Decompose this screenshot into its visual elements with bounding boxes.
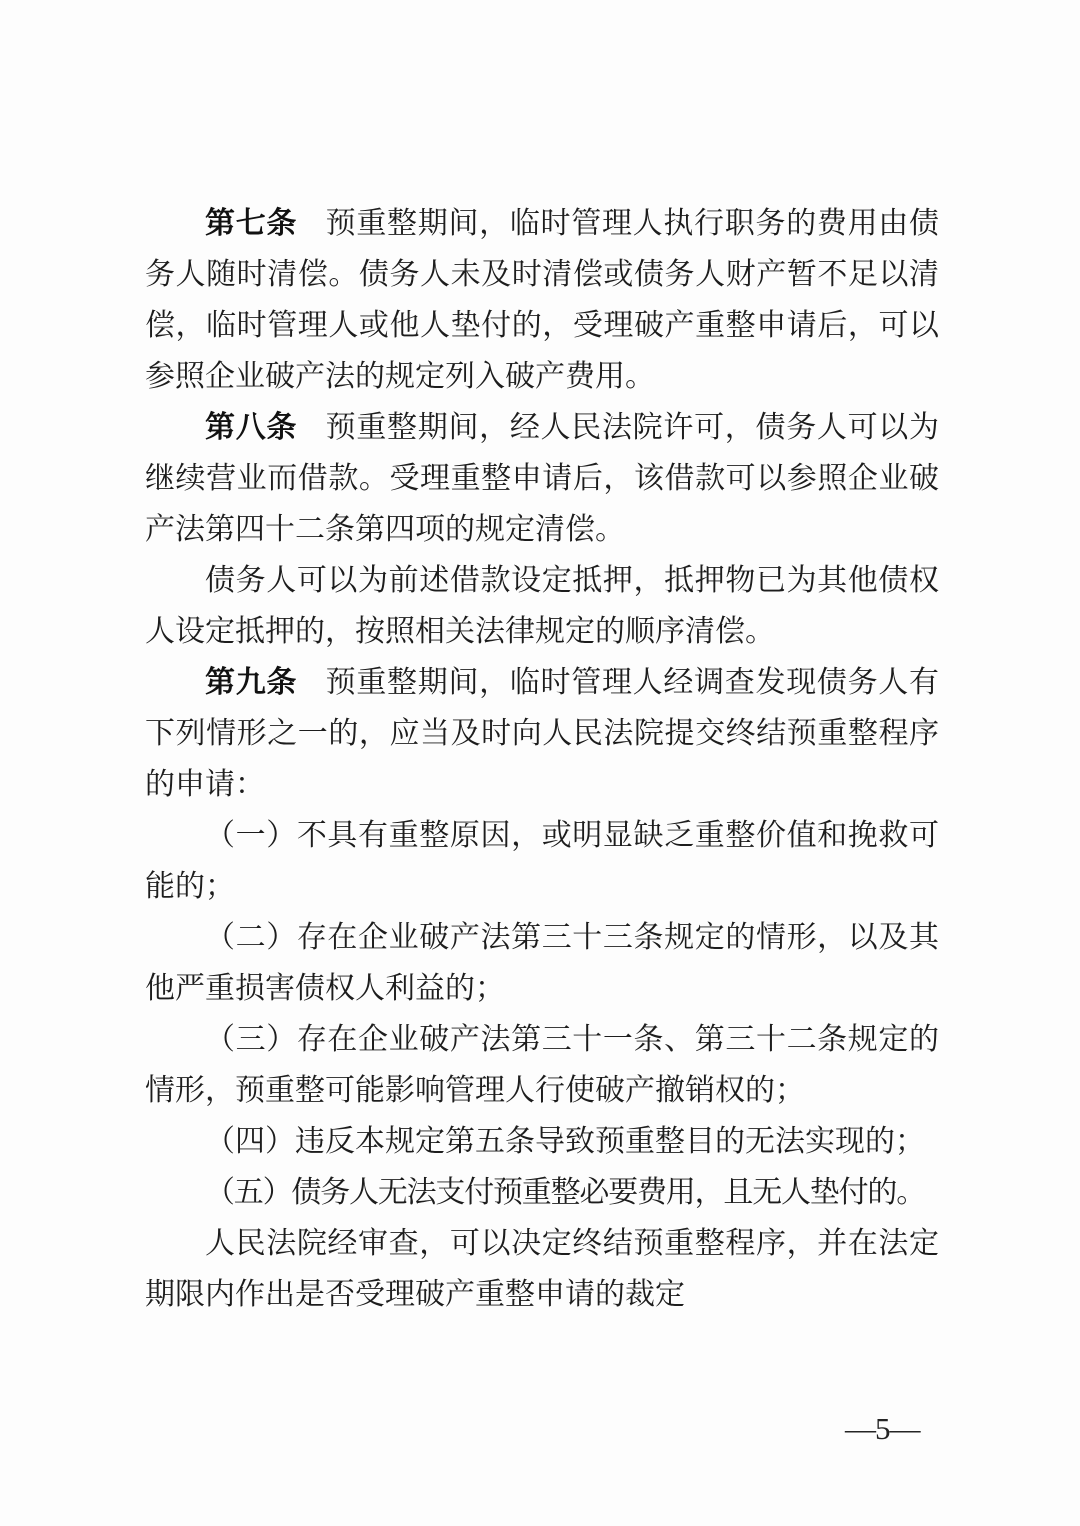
page-number: —5— — [845, 1408, 920, 1450]
document-body: 第七条预重整期间，临时管理人执行职务的费用由债务人随时清偿。债务人未及时清偿或债… — [145, 198, 939, 1320]
article-9-item-4-text: （四）违反本规定第五条导致预重整目的无法实现的； — [205, 1125, 925, 1158]
article-9-item-2-text: （二）存在企业破产法第三十三条规定的情形，以及其他严重损害债权人利益的； — [145, 921, 939, 1005]
article-9-item-3-text: （三）存在企业破产法第三十一条、第三十二条规定的情形，预重整可能影响管理人行使破… — [145, 1023, 939, 1107]
article-8-mortgage-text: 债务人可以为前述借款设定抵押，抵押物已为其他债权人设定抵押的，按照相关法律规定的… — [145, 564, 939, 648]
closing-paragraph: 人民法院经审查，可以决定终结预重整程序，并在法定期限内作出是否受理破产重整申请的… — [145, 1218, 939, 1320]
article-9-item-1-text: （一）不具有重整原因，或明显缺乏重整价值和挽救可能的； — [145, 819, 939, 903]
article-9-label: 第九条 — [205, 666, 297, 699]
scanned-document-page: 第七条预重整期间，临时管理人执行职务的费用由债务人随时清偿。债务人未及时清偿或债… — [0, 0, 1080, 1526]
article-8-paragraph: 第八条预重整期间，经人民法院许可，债务人可以为继续营业而借款。受理重整申请后，该… — [145, 402, 939, 555]
article-9-paragraph: 第九条预重整期间，临时管理人经调查发现债务人有下列情形之一的，应当及时向人民法院… — [145, 657, 939, 810]
article-9-item-1: （一）不具有重整原因，或明显缺乏重整价值和挽救可能的； — [145, 810, 939, 912]
article-9-item-5-text: （五）债务人无法支付预重整必要费用，且无人垫付的。 — [205, 1176, 925, 1209]
article-8-label: 第八条 — [205, 411, 297, 444]
article-9-item-4: （四）违反本规定第五条导致预重整目的无法实现的； — [145, 1116, 939, 1167]
closing-paragraph-text: 人民法院经审查，可以决定终结预重整程序，并在法定期限内作出是否受理破产重整申请的… — [145, 1227, 939, 1311]
article-7-label: 第七条 — [205, 207, 297, 240]
article-7-paragraph: 第七条预重整期间，临时管理人执行职务的费用由债务人随时清偿。债务人未及时清偿或债… — [145, 198, 939, 402]
article-8-mortgage-paragraph: 债务人可以为前述借款设定抵押，抵押物已为其他债权人设定抵押的，按照相关法律规定的… — [145, 555, 939, 657]
article-9-item-3: （三）存在企业破产法第三十一条、第三十二条规定的情形，预重整可能影响管理人行使破… — [145, 1014, 939, 1116]
article-9-item-2: （二）存在企业破产法第三十三条规定的情形，以及其他严重损害债权人利益的； — [145, 912, 939, 1014]
article-9-item-5: （五）债务人无法支付预重整必要费用，且无人垫付的。 — [145, 1167, 939, 1218]
